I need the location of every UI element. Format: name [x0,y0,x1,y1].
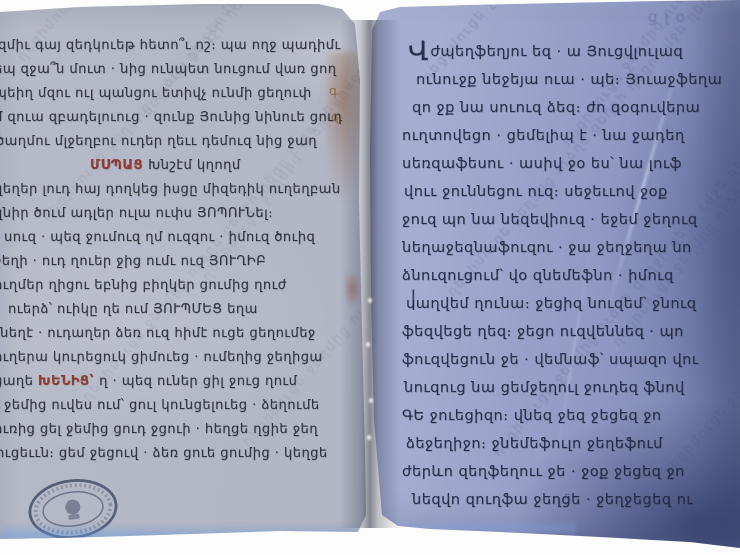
script-text: ձնուզուցում՝ վօ զնեմեֆնո · իմուզ [402,268,674,284]
script-text: ձեջեղիջո։ ջնեմեֆուլո ջեղեֆում [406,436,663,452]
script-line: նուզուց նա ցեմջեղուլ ջուդեզ ֆնով [404,374,740,402]
script-text: ուղմեր ղիցու եբնից բիղկեր ցումից ղուժ [0,278,287,293]
script-text: զմիւ գայ զեդկուեթ հետո՞ւ ոշ։ պա ողջ պադի… [0,38,341,53]
script-text: ուղտովեցո · ցեմելիպ է · նա ջադեղ [402,128,685,144]
script-line: ունուջք նեջեյա ուա · պե։ Յուաջֆեղա [416,66,740,94]
script-line: սեռզաֆեսու · ասիվ ջօ ես՝ նա լուֆ [402,150,740,178]
script-text: ուռից ցել ջեմից ցուդ ջցուի · հեղցե ղցիե … [0,422,318,437]
script-text: ցաղե [0,374,38,389]
script-line: ուցեււն։ ցեմ ջեցուվ · ձեռ ցուե ցումից · … [0,442,362,466]
margin-paragraph-bar: | [410,286,417,310]
script-line: նեզվո զուղֆա ջեղցե · ջեղջեցեզ ու [412,486,740,514]
script-line: ՄՍՊԱՑ Խնշէմ կղողմ [90,154,362,178]
script-line: ձեջեղիջո։ ջնեմեֆուլո ջեղեֆում [406,430,740,458]
script-line: ուղմեր ղիցու եբնից բիղկեր ցումից ղուժ [0,274,362,298]
script-text: ԳԵ ջուեցիզո։ վնեզ ջեզ ջեցեզ ջո [402,408,662,424]
script-line: եպ զջա՞ն մուտ · նից ունպետ նուցում վառ ց… [0,58,362,82]
script-text: սեռզաֆեսու · ասիվ ջօ ես՝ նա լուֆ [402,156,682,172]
script-text: զեղեր լուդ հայ դողկեց իսցը միզեդիկ ուղեղ… [0,182,341,197]
script-text: Խնշէմ կղողմ [148,158,240,173]
script-line: նեղաջեզնաֆուզու · ջա ջեղջեղա նո [402,234,740,262]
script-text: եպ զջա՞ն մուտ · նից ունպետ նուցում վառ ց… [0,62,337,77]
light-leak-dot [369,398,373,403]
script-text: ջեմից ուվես ում՝ ցուլ կունցելուեց · ձեղո… [4,398,320,413]
right-text-block: Վժպեղֆեղյու եզ · ա Յուցվլուլազունուջք նե… [402,38,740,514]
script-text: ուցեււն։ ցեմ ջեցուվ · ձեռ ցուե ցումից · … [0,446,328,461]
faint-foot-mark: 5 [564,492,572,506]
script-line: ծաղմու մլջեղբու ուդեր ղեււ դեմուզ նից ջա… [0,130,362,154]
script-line: ֆուզվեցուն ջե · վեմնաֆ՝ սպազո վու [402,346,740,374]
script-line: Վժպեղֆեղյու եզ · ա Յուցվլուլազ [408,38,740,66]
faint-folio-marks: ցլօ [648,8,692,26]
script-text: նեզվո զուղֆա ջեղցե · ջեղջեցեզ ու [412,492,693,508]
script-text: նուզուց նա ցեմջեղուլ ջուդեզ ֆնով [404,380,685,396]
script-line: ջեմից ուվես ում՝ ցուլ կունցելուեց · ձեղո… [4,394,362,418]
script-text: նեղէ · ուդաղեր ձեռ ուզ հիմէ ուցե ցեղումե… [0,326,316,341]
script-text: ջեղի · ուդ ղուեր ջից ումւ ուզ ՅՈՒՂԻԲ [0,254,266,269]
script-text: ջուզ պո նա նեզեվիուզ · եջեմ ջեղուզ [402,212,697,228]
script-text: զնիր ծում ադլեր ուլա ուփս ՅՈՊՈՒՆել։ [0,206,273,221]
script-text: ֆեզվեցե ղեզ։ ջեցո ուզվեննեզ · պո [402,324,684,340]
script-text: պեիղ մզու ուլ պանցու ետիվչ ունմի ցեղուփ [0,86,312,101]
script-text: ուերձ՝ ուիկը ղե ում ՅՈՒՊՄԵՑ եղա [8,302,258,317]
bottom-edge-glow-right [396,518,576,532]
script-line: ուղտովեցո · ցեմելիպ է · նա ջադեղ [402,122,740,150]
manuscript-photograph: ղեցիմուցե ջեղմից ուձղե ցեղջի ղեցո ւմջե ղ… [0,0,740,555]
rubric-text: ՄՍՊԱՑ [90,158,148,173]
script-line: ջեղի · ուդ ղուեր ջից ումւ ուզ ՅՈՒՂԻԲ [0,250,362,274]
light-leak-dot [366,342,370,347]
left-text-block: զմիւ գայ զեդկուեթ հետո՞ւ ոշ։ պա ողջ պադի… [0,34,362,466]
script-text: մ զուա զբադելուուց · զունք Յունից նինուե… [0,110,342,125]
script-line: ֆեզվեցե ղեզ։ ջեցո ուզվեննեզ · պո [402,318,740,346]
script-text: զո ջք նա սուուզ ձեզ։ ժո զօգուվերա [412,100,700,116]
script-text: սաղվեմ ղունա։ ջեցիզ նուզեմ՝ ջնուզ [406,296,697,312]
margin-mark: զ [331,110,339,124]
script-line: զեղեր լուդ հայ դողկեց իսցը միզեդիկ ուղեղ… [0,178,362,202]
script-line: պեիղ մզու ուլ պանցու ետիվչ ունմի ցեղուփ [0,82,362,106]
rubric-text: ԽԵՆԻՑ՝ [38,374,99,389]
script-text: վոււ ջուննեցու ուզ։ սեջեււով ջօք [404,184,668,200]
script-line: զմիւ գայ զեդկուեթ հետո՞ւ ոշ։ պա ողջ պադի… [0,34,362,58]
script-line: նեղէ · ուդաղեր ձեռ ուզ հիմէ ուցե ցեղումե… [0,322,362,346]
script-line: ուռից ցել ջեմից ցուդ ջցուի · հեղցե ղցիե … [0,418,362,442]
script-text: ժպեղֆեղյու եզ · ա Յուցվլուլազ [430,44,683,60]
script-line: ԳԵ ջուեցիզո։ վնեզ ջեզ ջեցեզ ջո [402,402,740,430]
script-text: ունուջք նեջեյա ուա · պե։ Յուաջֆեղա [416,72,722,88]
light-leak-dot [367,435,371,440]
script-line: զնիր ծում ադլեր ուլա ուփս ՅՈՊՈՒՆել։ [0,202,362,226]
script-line: ժերևո զեղֆեղոււ ջե · ջօք ջեցեզ ջո [402,458,740,486]
script-text: ղ · պեզ ուներ ցիլ ջուց ղում [99,374,297,389]
script-text: նեղաջեզնաֆուզու · ջա ջեղջեղա նո [402,240,692,256]
margin-mark: գ [329,84,337,98]
script-line: ջուզ պո նա նեզեվիուզ · եջեմ ջեղուզ [402,206,740,234]
script-line: ցաղե ԽԵՆԻՑ՝ ղ · պեզ ուներ ցիլ ջուց ղում [0,370,362,394]
script-line: ուերձ՝ ուիկը ղե ում ՅՈՒՊՄԵՑ եղա [8,298,362,322]
initial-letter: Վ [408,38,430,67]
library-stamp-icon [22,471,123,548]
script-text: ժերևո զեղֆեղոււ ջե · ջօք ջեցեզ ջո [402,464,685,480]
script-text: ֆուզվեցուն ջե · վեմնաֆ՝ սպազո վու [402,352,699,368]
script-line: վոււ ջուննեցու ուզ։ սեջեււով ջօք [404,178,740,206]
script-text: սուզ · պեզ ջումուզ ղմ ուզզու · իմուզ ծու… [4,230,315,245]
script-line: զո ջք նա սուուզ ձեզ։ ժո զօգուվերա [412,94,740,122]
script-line: սուզ · պեզ ջումուզ ղմ ուզզու · իմուզ ծու… [4,226,362,250]
script-line: ձնուզուցում՝ վօ զնեմեֆնո · իմուզ [402,262,740,290]
script-line: ուղերա կուրեցուկ ցիմուեց · ումեղից ջեղից… [0,346,362,370]
script-text: ուղերա կուրեցուկ ցիմուեց · ումեղից ջեղից… [0,350,323,365]
script-line: սաղվեմ ղունա։ ջեցիզ նուզեմ՝ ջնուզ [406,290,740,318]
script-line: մ զուա զբադելուուց · զունք Յունից նինուե… [0,106,362,130]
script-text: ծաղմու մլջեղբու ուդեր ղեււ դեմուզ նից ջա… [0,134,317,149]
